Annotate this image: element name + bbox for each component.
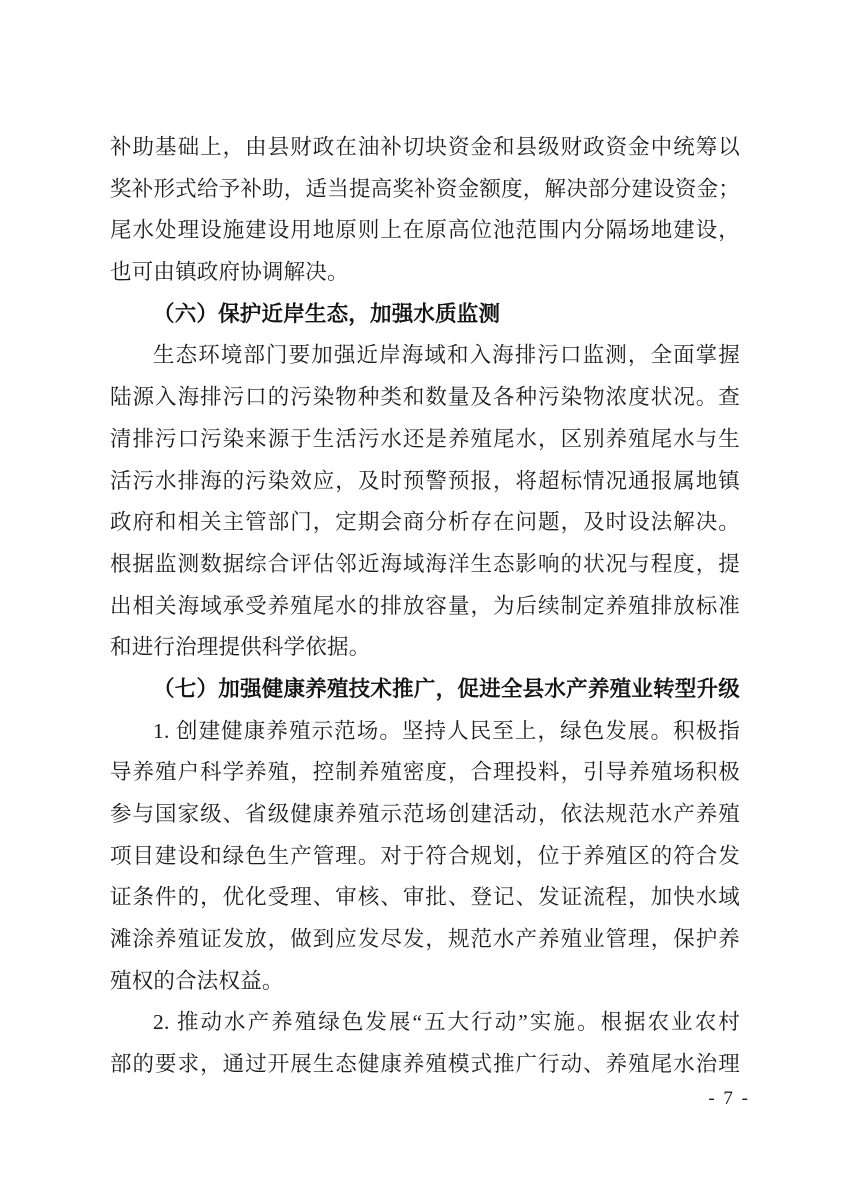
text-line: 政府和相关主管部门，定期会商分析存在问题，及时设法解决。 [110, 502, 740, 544]
text-line: 殖权的合法权益。 [110, 961, 740, 1003]
document-page: 补助基础上，由县财政在油补切块资金和县级财政资金中统筹以 奖补形式给予补助，适当… [0, 0, 850, 1201]
text-line: 生态环境部门要加强近岸海域和入海排污口监测，全面掌握 [110, 335, 740, 377]
text-line: 活污水排海的污染效应，及时预警预报，将超标情况通报属地镇 [110, 461, 740, 503]
text-line: 出相关海域承受养殖尾水的排放容量，为后续制定养殖排放标准 [110, 586, 740, 628]
text-line: 证条件的，优化受理、审核、审批、登记、发证流程，加快水域 [110, 877, 740, 919]
text-line: 也可由镇政府协调解决。 [110, 252, 740, 294]
text-line: 1. 创建健康养殖示范场。坚持人民至上，绿色发展。积极指 [110, 711, 740, 753]
text-line: 和进行治理提供科学依据。 [110, 627, 740, 669]
text-line: 奖补形式给予补助，适当提高奖补资金额度，解决部分建设资金； [110, 169, 740, 211]
text-line: 尾水处理设施建设用地原则上在原高位池范围内分隔场地建设， [110, 210, 740, 252]
text-line: 项目建设和绿色生产管理。对于符合规划，位于养殖区的符合发 [110, 836, 740, 878]
text-line: 陆源入海排污口的污染物种类和数量及各种污染物浓度状况。查 [110, 377, 740, 419]
page-number: - 7 - [708, 1087, 750, 1111]
text-line: 部的要求，通过开展生态健康养殖模式推广行动、养殖尾水治理 [110, 1044, 740, 1086]
text-line: 根据监测数据综合评估邻近海域海洋生态影响的状况与程度，提 [110, 544, 740, 586]
section-heading-6: （六）保护近岸生态，加强水质监测 [110, 294, 740, 336]
text-line: 补助基础上，由县财政在油补切块资金和县级财政资金中统筹以 [110, 127, 740, 169]
text-line: 清排污口污染来源于生活污水还是养殖尾水，区别养殖尾水与生 [110, 419, 740, 461]
text-line: 2. 推动水产养殖绿色发展“五大行动”实施。根据农业农村 [110, 1002, 740, 1044]
text-line: 参与国家级、省级健康养殖示范场创建活动，依法规范水产养殖 [110, 794, 740, 836]
text-line: 滩涂养殖证发放，做到应发尽发，规范水产养殖业管理，保护养 [110, 919, 740, 961]
text-line: 导养殖户科学养殖，控制养殖密度，合理投料，引导养殖场积极 [110, 752, 740, 794]
document-body: 补助基础上，由县财政在油补切块资金和县级财政资金中统筹以 奖补形式给予补助，适当… [110, 127, 740, 1086]
section-heading-7: （七）加强健康养殖技术推广，促进全县水产养殖业转型升级 [110, 669, 740, 711]
